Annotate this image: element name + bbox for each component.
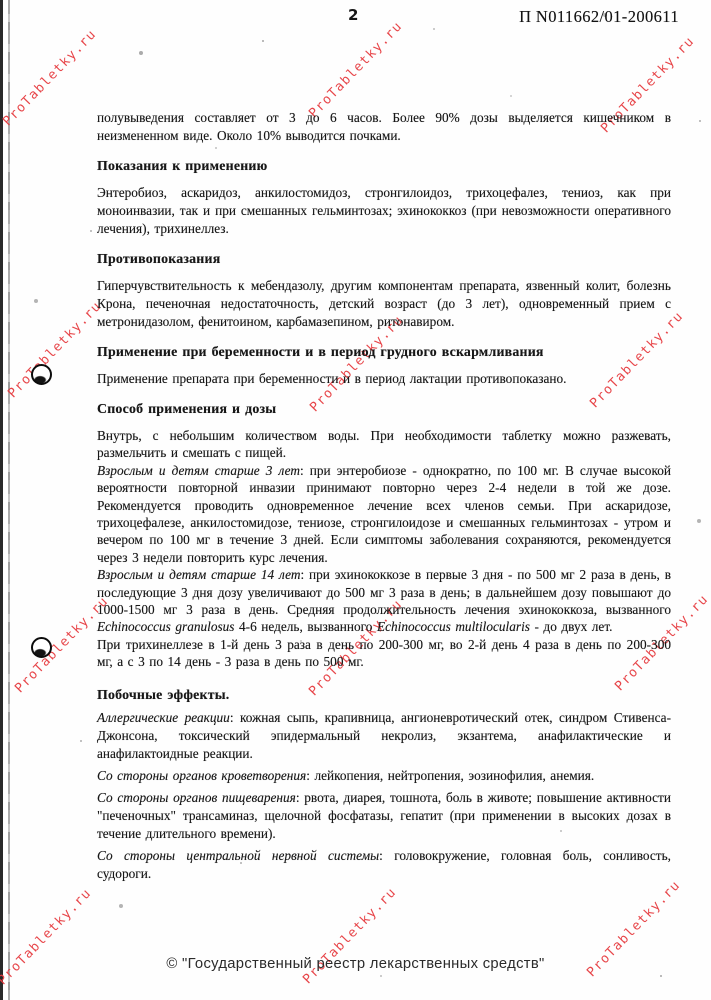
paragraph-administration: Внутрь, с небольшим количеством воды. Пр…	[97, 427, 671, 462]
section-heading-contraindications: Противопоказания	[97, 251, 671, 269]
paragraph-allergic-reactions: Аллергические реакции: кожная сыпь, крап…	[97, 709, 671, 763]
scanned-document-page: 2 П N011662/01-200611 ProTabletky.ru Pro…	[0, 0, 711, 1000]
paragraph-cns: Со стороны центральной нервной системы: …	[97, 847, 671, 883]
watermark: ProTabletky.ru	[0, 886, 95, 988]
watermark: ProTabletky.ru	[5, 299, 105, 401]
paragraph-text: Энтеробиоз, аскаридоз, анкилостомидоз, с…	[97, 185, 671, 236]
section-heading-dosage: Способ применения и дозы	[97, 401, 671, 419]
italic-lead: Со стороны центральной нервной системы	[97, 848, 379, 863]
italic-lead: Взрослым и детям старше 14 лет	[97, 567, 300, 582]
document-body: полувыведения составляет от 3 до 6 часов…	[97, 109, 671, 883]
footer-copyright: © "Государственный реестр лекарственных …	[0, 956, 711, 972]
paragraph-trichinellosis: При трихинеллезе в 1-й день 3 раза в ден…	[97, 636, 671, 671]
paragraph-indications: Энтеробиоз, аскаридоз, анкилостомидоз, с…	[97, 184, 671, 238]
watermark: ProTabletky.ru	[306, 19, 406, 121]
paragraph-adults-children-14: Взрослым и детям старше 14 лет: при эхин…	[97, 566, 671, 636]
scan-edge-line-secondary	[8, 0, 10, 1000]
section-heading-indications: Показания к применению	[97, 158, 671, 176]
scan-noise-speckles	[0, 0, 2, 2]
paragraph-digestive: Со стороны органов пищеварения: рвота, д…	[97, 789, 671, 843]
italic-term: Echinococcus multilocularis	[377, 619, 530, 634]
paragraph-text: : при энтеробиозе - однократно, по 100 м…	[97, 463, 671, 565]
paragraph-text: - до двух лет.	[530, 619, 613, 634]
scan-edge-line	[0, 0, 3, 1000]
italic-lead: Со стороны органов пищеварения	[97, 790, 296, 805]
dosage-paragraph-group: Внутрь, с небольшим количеством воды. Пр…	[97, 427, 671, 671]
page-number: 2	[348, 6, 359, 24]
italic-lead: Аллергические реакции	[97, 710, 230, 725]
paragraph-text: полувыведения составляет от 3 до 6 часов…	[97, 110, 671, 143]
paragraph-pregnancy: Применение препарата при беременности и …	[97, 370, 671, 388]
paragraph-text: Применение препарата при беременности и …	[97, 371, 567, 386]
paragraph-text: 4-6 недель, вызванного	[234, 619, 376, 634]
hole-punch-mark	[31, 364, 52, 385]
watermark: ProTabletky.ru	[0, 27, 100, 129]
italic-term: Echinococcus granulosus	[97, 619, 234, 634]
section-heading-side-effects: Побочные эффекты.	[97, 687, 671, 705]
paragraph-pharmacokinetics: полувыведения составляет от 3 до 6 часов…	[97, 109, 671, 145]
paragraph-text: : лейкопения, нейтропения, эозинофилия, …	[306, 768, 594, 783]
paragraph-text: Внутрь, с небольшим количеством воды. Пр…	[97, 428, 671, 460]
paragraph-text: При трихинеллезе в 1-й день 3 раза в ден…	[97, 637, 671, 669]
italic-lead: Со стороны органов кроветворения	[97, 768, 306, 783]
paragraph-adults-children-3: Взрослым и детям старше 3 лет: при энтер…	[97, 462, 671, 566]
paragraph-contraindications: Гиперчувствительность к мебендазолу, дру…	[97, 277, 671, 331]
hole-punch-mark	[31, 637, 52, 658]
paragraph-text: Гиперчувствительность к мебендазолу, дру…	[97, 278, 671, 329]
registration-number: П N011662/01-200611	[519, 7, 679, 27]
paragraph-hematopoietic: Со стороны органов кроветворения: лейкоп…	[97, 767, 671, 785]
italic-lead: Взрослым и детям старше 3 лет	[97, 463, 300, 478]
section-heading-pregnancy: Применение при беременности и в период г…	[97, 344, 671, 362]
